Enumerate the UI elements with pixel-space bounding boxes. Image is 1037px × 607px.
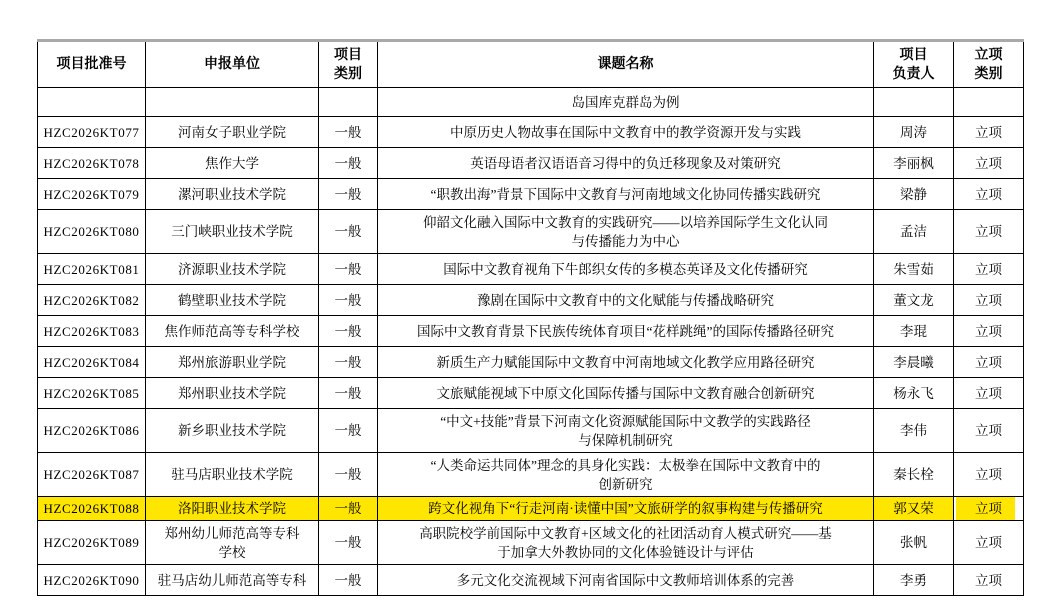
cell-applicant-unit: 济源职业技术学院 — [146, 254, 319, 285]
table-row: HZC2026KT079 漯河职业技术学院 一般 “职教出海”背景下国际中文教育… — [38, 179, 1024, 210]
cell-applicant-unit: 新乡职业技术学院 — [146, 409, 319, 453]
cell-project-leader: 孟洁 — [874, 210, 954, 254]
cell-approval-number: HZC2026KT090 — [38, 565, 146, 596]
cell-project-leader: 李丽枫 — [874, 148, 954, 179]
cell-project-leader: 李晨曦 — [874, 347, 954, 378]
cell-project-leader: 朱雪茹 — [874, 254, 954, 285]
cell-approval-status: 立项 — [954, 409, 1024, 453]
cell-topic-name: 新质生产力赋能国际中文教育中河南地域文化教学应用路径研究 — [378, 347, 874, 378]
cell-applicant-unit: 驻马店幼儿师范高等专科 — [146, 565, 319, 596]
cell-approval-status: 立项 — [954, 565, 1024, 596]
cell-approval-number: HZC2026KT088 — [38, 497, 146, 521]
cell-project-category: 一般 — [319, 148, 378, 179]
cell-applicant-unit: 河南女子职业学院 — [146, 117, 319, 148]
cell-project-leader: 李琨 — [874, 316, 954, 347]
table-row: HZC2026KT085 郑州职业技术学院 一般 文旅赋能视域下中原文化国际传播… — [38, 378, 1024, 409]
cell-approval-status: 立项 — [954, 117, 1024, 148]
cell-topic-name: 多元文化交流视域下河南省国际中文教师培训体系的完善 — [378, 565, 874, 596]
col-header-project-category: 项目 类别 — [319, 41, 378, 88]
cell-approval-status: 立项 — [954, 316, 1024, 347]
cell-approval-number: HZC2026KT086 — [38, 409, 146, 453]
col-header-approval-category: 立项 类别 — [954, 41, 1024, 88]
cell-project-category: 一般 — [319, 285, 378, 316]
cell-project-leader: 梁静 — [874, 179, 954, 210]
cell-topic-name: 国际中文教育背景下民族传统体育项目“花样跳绳”的国际传播路径研究 — [378, 316, 874, 347]
cell-approval-number: HZC2026KT084 — [38, 347, 146, 378]
cell-approval-number: HZC2026KT081 — [38, 254, 146, 285]
cell-approval-number: HZC2026KT078 — [38, 148, 146, 179]
cell-project-category: 一般 — [319, 117, 378, 148]
project-approval-table: 项目批准号 申报单位 项目 类别 课题名称 项目 负责人 立项 类别 岛国库克群… — [37, 39, 1024, 596]
cell-topic-name: “人类命运共同体”理念的具身化实践：太极拳在国际中文教育中的 创新研究 — [378, 453, 874, 497]
cell-project-category: 一般 — [319, 497, 378, 521]
table-row: HZC2026KT077 河南女子职业学院 一般 中原历史人物故事在国际中文教育… — [38, 117, 1024, 148]
cell-project-category: 一般 — [319, 409, 378, 453]
cell-project-leader: 周涛 — [874, 117, 954, 148]
cell-applicant-unit: 洛阳职业技术学院 — [146, 497, 319, 521]
cell-approval-number: HZC2026KT089 — [38, 521, 146, 565]
cell-approval-status: 立项 — [954, 497, 1024, 521]
cell-applicant-unit: 三门峡职业技术学院 — [146, 210, 319, 254]
cell-project-leader: 秦长栓 — [874, 453, 954, 497]
cell-project-category — [319, 88, 378, 117]
col-header-applicant-unit: 申报单位 — [146, 41, 319, 88]
cell-approval-status: 立项 — [954, 179, 1024, 210]
cell-applicant-unit: 郑州职业技术学院 — [146, 378, 319, 409]
cell-approval-number: HZC2026KT083 — [38, 316, 146, 347]
cell-approval-number: HZC2026KT082 — [38, 285, 146, 316]
cell-approval-number: HZC2026KT077 — [38, 117, 146, 148]
cell-approval-status: 立项 — [954, 254, 1024, 285]
cell-topic-name: 豫剧在国际中文教育中的文化赋能与传播战略研究 — [378, 285, 874, 316]
cell-approval-number — [38, 88, 146, 117]
cell-applicant-unit: 漯河职业技术学院 — [146, 179, 319, 210]
cell-project-category: 一般 — [319, 565, 378, 596]
cell-applicant-unit: 焦作师范高等专科学校 — [146, 316, 319, 347]
cell-project-category: 一般 — [319, 347, 378, 378]
col-header-topic-name: 课题名称 — [378, 41, 874, 88]
cell-topic-name: 中原历史人物故事在国际中文教育中的教学资源开发与实践 — [378, 117, 874, 148]
cell-approval-status: 立项 — [954, 347, 1024, 378]
cell-approval-status: 立项 — [954, 285, 1024, 316]
cell-applicant-unit: 鹤壁职业技术学院 — [146, 285, 319, 316]
cell-project-category: 一般 — [319, 378, 378, 409]
cell-project-category: 一般 — [319, 210, 378, 254]
table-row: 岛国库克群岛为例 — [38, 88, 1024, 117]
cell-project-leader: 杨永飞 — [874, 378, 954, 409]
table-row: HZC2026KT080 三门峡职业技术学院 一般 仰韶文化融入国际中文教育的实… — [38, 210, 1024, 254]
cell-approval-status: 立项 — [954, 521, 1024, 565]
table-row: HZC2026KT088 洛阳职业技术学院 一般 跨文化视角下“行走河南·读懂中… — [38, 497, 1024, 521]
table-row: HZC2026KT086 新乡职业技术学院 一般 “中文+技能”背景下河南文化资… — [38, 409, 1024, 453]
table-row: HZC2026KT082 鹤壁职业技术学院 一般 豫剧在国际中文教育中的文化赋能… — [38, 285, 1024, 316]
cell-topic-name: 文旅赋能视域下中原文化国际传播与国际中文教育融合创新研究 — [378, 378, 874, 409]
cell-topic-name: 高职院校学前国际中文教育+区域文化的社团活动育人模式研究——基 于加拿大外教协同… — [378, 521, 874, 565]
table-row: HZC2026KT087 驻马店职业技术学院 一般 “人类命运共同体”理念的具身… — [38, 453, 1024, 497]
cell-applicant-unit: 郑州幼儿师范高等专科 学校 — [146, 521, 319, 565]
cell-topic-name: 仰韶文化融入国际中文教育的实践研究——以培养国际学生文化认同 与传播能力为中心 — [378, 210, 874, 254]
table-row: HZC2026KT089 郑州幼儿师范高等专科 学校 一般 高职院校学前国际中文… — [38, 521, 1024, 565]
table-row: HZC2026KT083 焦作师范高等专科学校 一般 国际中文教育背景下民族传统… — [38, 316, 1024, 347]
cell-approval-number: HZC2026KT085 — [38, 378, 146, 409]
cell-project-leader — [874, 88, 954, 117]
cell-applicant-unit: 焦作大学 — [146, 148, 319, 179]
cell-applicant-unit: 郑州旅游职业学院 — [146, 347, 319, 378]
cell-topic-name: 岛国库克群岛为例 — [378, 88, 874, 117]
cell-project-category: 一般 — [319, 521, 378, 565]
cell-project-category: 一般 — [319, 453, 378, 497]
cell-topic-name: 国际中文教育视角下牛郎织女传的多模态英译及文化传播研究 — [378, 254, 874, 285]
table-header-row: 项目批准号 申报单位 项目 类别 课题名称 项目 负责人 立项 类别 — [38, 41, 1024, 88]
cell-applicant-unit — [146, 88, 319, 117]
col-header-project-leader: 项目 负责人 — [874, 41, 954, 88]
table-row: HZC2026KT081 济源职业技术学院 一般 国际中文教育视角下牛郎织女传的… — [38, 254, 1024, 285]
cell-project-category: 一般 — [319, 179, 378, 210]
cell-project-leader: 李勇 — [874, 565, 954, 596]
col-header-approval-number: 项目批准号 — [38, 41, 146, 88]
cell-approval-status: 立项 — [954, 210, 1024, 254]
cell-applicant-unit: 驻马店职业技术学院 — [146, 453, 319, 497]
cell-project-category: 一般 — [319, 316, 378, 347]
cell-approval-number: HZC2026KT079 — [38, 179, 146, 210]
cell-topic-name: 英语母语者汉语语音习得中的负迁移现象及对策研究 — [378, 148, 874, 179]
cell-approval-number: HZC2026KT087 — [38, 453, 146, 497]
cell-approval-status: 立项 — [954, 378, 1024, 409]
table-row: HZC2026KT090 驻马店幼儿师范高等专科 一般 多元文化交流视域下河南省… — [38, 565, 1024, 596]
cell-project-category: 一般 — [319, 254, 378, 285]
document-page: 项目批准号 申报单位 项目 类别 课题名称 项目 负责人 立项 类别 岛国库克群… — [0, 0, 1037, 607]
cell-project-leader: 董文龙 — [874, 285, 954, 316]
cell-topic-name: “职教出海”背景下国际中文教育与河南地域文化协同传播实践研究 — [378, 179, 874, 210]
cell-project-leader: 郭又荣 — [874, 497, 954, 521]
cell-topic-name: 跨文化视角下“行走河南·读懂中国”文旅研学的叙事构建与传播研究 — [378, 497, 874, 521]
cell-topic-name: “中文+技能”背景下河南文化资源赋能国际中文教学的实践路径 与保障机制研究 — [378, 409, 874, 453]
cell-project-leader: 李伟 — [874, 409, 954, 453]
cell-approval-status: 立项 — [954, 148, 1024, 179]
cell-project-leader: 张帆 — [874, 521, 954, 565]
cell-approval-number: HZC2026KT080 — [38, 210, 146, 254]
table-row: HZC2026KT078 焦作大学 一般 英语母语者汉语语音习得中的负迁移现象及… — [38, 148, 1024, 179]
cell-approval-status: 立项 — [954, 453, 1024, 497]
cell-approval-status — [954, 88, 1024, 117]
table-row: HZC2026KT084 郑州旅游职业学院 一般 新质生产力赋能国际中文教育中河… — [38, 347, 1024, 378]
